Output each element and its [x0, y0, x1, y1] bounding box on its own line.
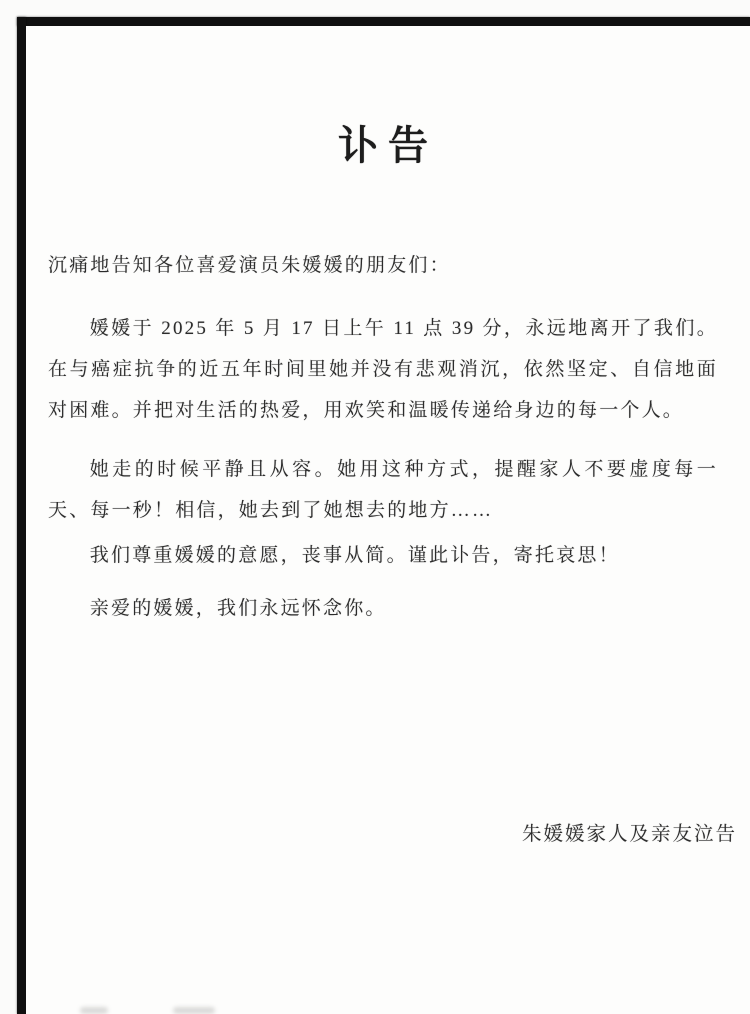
salutation-line: 沉痛地告知各位喜爱演员朱媛媛的朋友们： — [48, 245, 718, 286]
photo-artifact — [80, 1007, 108, 1014]
body-paragraph: 我们尊重媛媛的意愿，丧事从简。谨此讣告，寄托哀思！ — [48, 535, 718, 576]
page-title: 讣告 — [48, 122, 718, 170]
frame-top-border — [17, 17, 750, 26]
body-paragraph: 她走的时候平静且从容。她用这种方式，提醒家人不要虚度每一天、每一秒！相信，她去到… — [48, 449, 718, 531]
frame-left-border — [17, 17, 26, 1014]
photo-artifact — [173, 1007, 215, 1014]
body-paragraph: 媛媛于 2025 年 5 月 17 日上午 11 点 39 分，永远地离开了我们… — [48, 308, 718, 431]
obituary-page: 讣告 沉痛地告知各位喜爱演员朱媛媛的朋友们： 媛媛于 2025 年 5 月 17… — [26, 26, 750, 1014]
signature-line: 朱媛媛家人及亲友泣告 — [522, 817, 737, 853]
body-paragraph: 亲爱的媛媛，我们永远怀念你。 — [48, 588, 718, 629]
obituary-photo: 讣告 沉痛地告知各位喜爱演员朱媛媛的朋友们： 媛媛于 2025 年 5 月 17… — [0, 0, 750, 1014]
